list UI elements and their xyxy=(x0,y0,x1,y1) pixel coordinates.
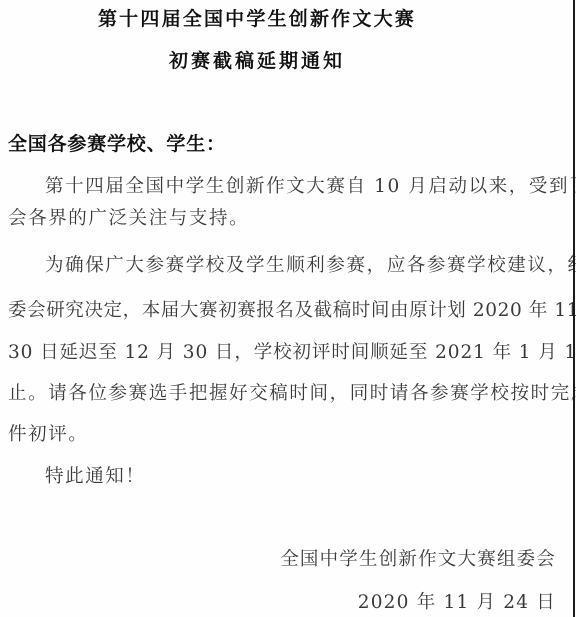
closing-remark: 特此通知！ xyxy=(45,462,576,488)
paragraph-2-line-2: 委会研究决定，本届大赛初赛报名及截稿时间由原计划 2020 年 11 月 xyxy=(8,296,558,322)
paragraph-2-line-1: 为确保广大参赛学校及学生顺利参赛，应各参赛学校建议，经组 xyxy=(45,251,576,277)
notice-document: 第十四届全国中学生创新作文大赛 初赛截稿延期通知 全国各参赛学校、学生： 第十四… xyxy=(0,0,576,617)
document-title-line-2: 初赛截稿延期通知 xyxy=(0,46,514,73)
salutation: 全国各参赛学校、学生： xyxy=(8,129,226,156)
paragraph-1-line-1: 第十四届全国中学生创新作文大赛自 10 月启动以来，受到了社 xyxy=(45,172,576,198)
signature-organization: 全国中学生创新作文大赛组委会 xyxy=(280,545,556,571)
paragraph-2-line-5: 件初评。 xyxy=(8,420,558,446)
paragraph-1-line-2: 会各界的广泛关注与支持。 xyxy=(8,204,558,230)
paragraph-2-line-4: 止。请各位参赛选手把握好交稿时间，同时请各参赛学校按时完成稿 xyxy=(8,379,558,405)
document-title-line-1: 第十四届全国中学生创新作文大赛 xyxy=(0,4,514,31)
signature-date: 2020 年 11 月 24 日 xyxy=(358,588,556,614)
paragraph-2-line-3: 30 日延迟至 12 月 30 日，学校初评时间顺延至 2021 年 1 月 1… xyxy=(8,338,558,364)
right-border-line xyxy=(573,0,575,617)
